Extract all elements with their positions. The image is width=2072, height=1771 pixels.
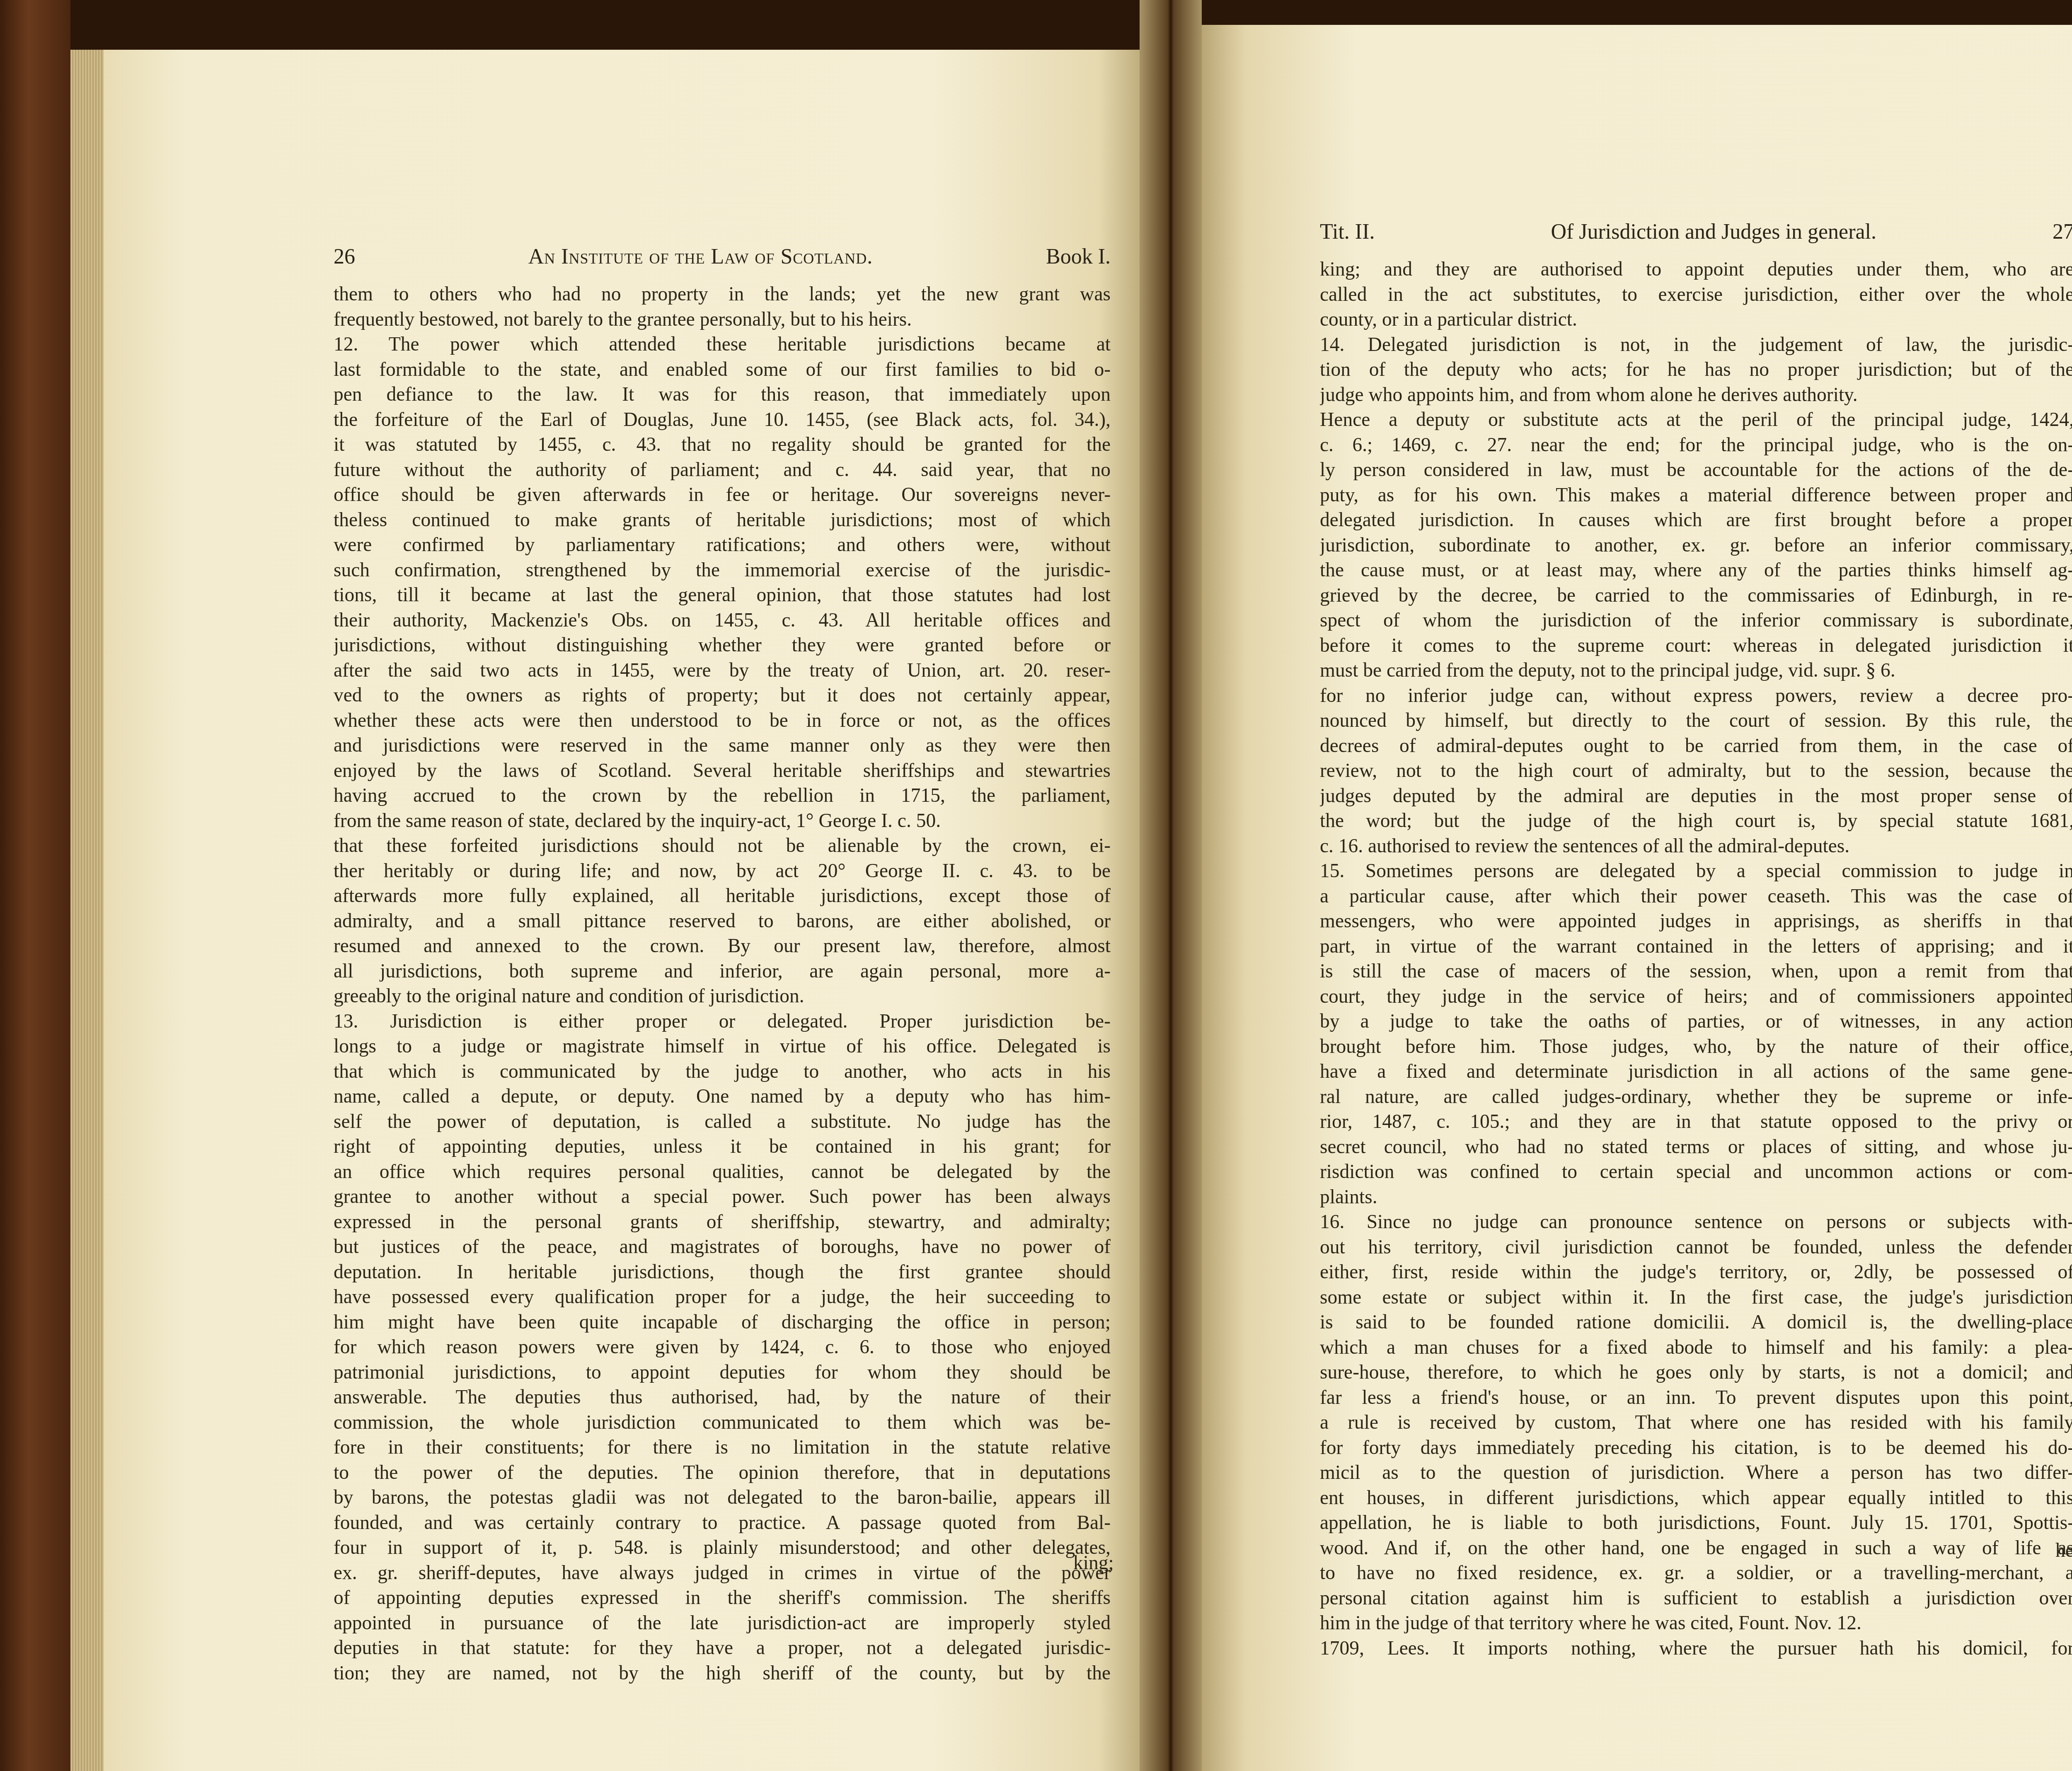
text-line: out his territory, civil jurisdiction ca… <box>1320 1235 2072 1260</box>
text-line: c. 6.; 1469, c. 27. near the end; for th… <box>1320 433 2072 458</box>
text-line: but justices of the peace, and magistrat… <box>334 1234 1111 1260</box>
text-line: some estate or subject within it. In the… <box>1320 1285 2072 1310</box>
text-line: to have no fixed residence, ex. gr. a so… <box>1320 1561 2072 1586</box>
text-line: ved to the owners as rights of property;… <box>334 683 1111 708</box>
text-line: deputies in that statute: for they have … <box>334 1636 1111 1661</box>
right-running-head: Tit. II. Of Jurisdiction and Judges in g… <box>1320 220 2072 244</box>
text-line: decrees of admiral-deputes ought to be c… <box>1320 733 2072 759</box>
text-line: have possessed every qualification prope… <box>334 1285 1111 1310</box>
text-line: last formidable to the state, and enable… <box>334 357 1111 382</box>
text-line: jurisdiction, subordinate to another, ex… <box>1320 533 2072 558</box>
text-line: risdiction was confined to certain speci… <box>1320 1159 2072 1185</box>
page-number: 26 <box>334 244 355 269</box>
text-line: to the power of the deputies. The opinio… <box>334 1460 1111 1486</box>
text-line: having accrued to the crown by the rebel… <box>334 783 1111 808</box>
text-line: expressed in the personal grants of sher… <box>334 1210 1111 1235</box>
running-title: An Institute of the Law of Scotland. <box>528 244 873 269</box>
text-line: nounced by himself, but directly to the … <box>1320 708 2072 733</box>
text-line: secret council, who had no stated terms … <box>1320 1135 2072 1160</box>
section-label: Tit. II. <box>1320 220 1375 244</box>
text-line: were confirmed by parliamentary ratifica… <box>334 532 1111 558</box>
page-number: 27 <box>2053 220 2072 244</box>
text-line: 12. The power which attended these herit… <box>334 332 1111 357</box>
text-line: puty, as for his own. This makes a mater… <box>1320 483 2072 508</box>
text-line: personal citation against him is suffici… <box>1320 1586 2072 1611</box>
text-line: ral nature, are called judges-ordinary, … <box>1320 1084 2072 1110</box>
text-line: is said to be founded ratione domicilii.… <box>1320 1310 2072 1335</box>
text-line: plaints. <box>1320 1185 2072 1210</box>
book-spread: 26 An Institute of the Law of Scotland. … <box>0 0 2072 1771</box>
text-line: wood. And if, on the other hand, one be … <box>1320 1536 2072 1561</box>
text-line: that which is communicated by the judge … <box>334 1059 1111 1084</box>
text-line: and jurisdictions were reserved in the s… <box>334 733 1111 758</box>
text-line: Hence a deputy or substitute acts at the… <box>1320 407 2072 433</box>
text-line: ex. gr. sheriff-deputes, have always jud… <box>334 1561 1111 1586</box>
text-line: tion; they are named, not by the high sh… <box>334 1661 1111 1686</box>
text-line: judge who appoints him, and from whom al… <box>1320 382 2072 408</box>
text-line: him might have been quite incapable of d… <box>334 1310 1111 1335</box>
text-line: judges deputed by the admiral are deputi… <box>1320 784 2072 809</box>
text-line: longs to a judge or magistrate himself i… <box>334 1034 1111 1059</box>
text-line: all jurisdictions, both supreme and infe… <box>334 959 1111 984</box>
text-line: resumed and annexed to the crown. By our… <box>334 934 1111 959</box>
running-title: Of Jurisdiction and Judges in general. <box>1551 220 1876 244</box>
text-line: sure-house, therefore, to which he goes … <box>1320 1360 2072 1385</box>
text-line: jurisdictions, without distinguishing wh… <box>334 633 1111 658</box>
text-line: spect of whom the jurisdiction of the in… <box>1320 608 2072 633</box>
text-line: by barons, the potestas gladii was not d… <box>334 1485 1111 1510</box>
text-line: 15. Sometimes persons are delegated by a… <box>1320 859 2072 884</box>
text-line: a rule is received by custom, That where… <box>1320 1410 2072 1435</box>
text-line: c. 16. authorised to review the sentence… <box>1320 834 2072 859</box>
text-line: for no inferior judge can, without expre… <box>1320 683 2072 709</box>
text-line: 14. Delegated jurisdiction is not, in th… <box>1320 332 2072 358</box>
text-line: delegated jurisdiction. In causes which … <box>1320 508 2072 533</box>
text-line: the word; but the judge of the high cour… <box>1320 808 2072 834</box>
text-line: him in the judge of that territory where… <box>1320 1611 2072 1636</box>
text-line: either, first, reside within the judge's… <box>1320 1260 2072 1285</box>
page-edges <box>70 50 104 1771</box>
text-line: them to others who had no property in th… <box>334 282 1111 307</box>
text-line: 13. Jurisdiction is either proper or del… <box>334 1009 1111 1034</box>
text-line: theless continued to make grants of heri… <box>334 508 1111 533</box>
text-line: grieved by the decree, be carried to the… <box>1320 583 2072 608</box>
left-page: 26 An Institute of the Law of Scotland. … <box>104 50 1140 1771</box>
text-line: messengers, who were appointed judges in… <box>1320 909 2072 934</box>
text-line: such confirmation, strengthened by the i… <box>334 558 1111 583</box>
text-line: before it comes to the supreme court: wh… <box>1320 633 2072 658</box>
text-line: by a judge to take the oaths of parties,… <box>1320 1009 2072 1034</box>
text-line: fore in their constituents; for there is… <box>334 1435 1111 1460</box>
text-line: appointed in pursuance of the late juris… <box>334 1611 1111 1636</box>
right-body-text: king; and they are authorised to appoint… <box>1320 257 2072 1661</box>
text-line: is still the case of macers of the sessi… <box>1320 959 2072 984</box>
catchword: king; <box>1073 1552 1114 1574</box>
text-line: founded, and was certainly contrary to p… <box>334 1510 1111 1536</box>
text-line: right of appointing deputies, unless it … <box>334 1134 1111 1159</box>
text-line: brought before him. Those judges, who, b… <box>1320 1034 2072 1060</box>
text-line: county, or in a particular district. <box>1320 307 2072 332</box>
text-line: an office which requires personal qualit… <box>334 1159 1111 1185</box>
text-line: after the said two acts in 1455, were by… <box>334 658 1111 683</box>
text-line: of appointing deputies expressed in the … <box>334 1585 1111 1611</box>
text-line: that these forfeited jurisdictions shoul… <box>334 833 1111 859</box>
text-line: far less a friend's house, or an inn. To… <box>1320 1385 2072 1411</box>
text-line: their authority, Mackenzie's Obs. on 145… <box>334 608 1111 633</box>
text-line: patrimonial jurisdictions, to appoint de… <box>334 1360 1111 1385</box>
text-line: for which reason powers were given by 14… <box>334 1335 1111 1360</box>
text-line: the cause must, or at least may, where a… <box>1320 558 2072 583</box>
text-line: whether these acts were then understood … <box>334 708 1111 733</box>
text-line: commission, the whole jurisdiction commu… <box>334 1410 1111 1435</box>
text-line: tions, till it became at last the genera… <box>334 583 1111 608</box>
text-line: called in the act substitutes, to exerci… <box>1320 282 2072 307</box>
text-line: self the power of deputation, is called … <box>334 1109 1111 1135</box>
left-running-head: 26 An Institute of the Law of Scotland. … <box>334 244 1111 269</box>
section-label: Book I. <box>1046 244 1111 269</box>
text-line: the forfeiture of the Earl of Douglas, J… <box>334 407 1111 433</box>
text-line: must be carried from the deputy, not to … <box>1320 658 2072 683</box>
text-line: which a man chuses for a fixed abode to … <box>1320 1335 2072 1360</box>
text-line: enjoyed by the laws of Scotland. Several… <box>334 758 1111 784</box>
text-line: four in support of it, p. 548. is plainl… <box>334 1535 1111 1561</box>
text-line: from the same reason of state, declared … <box>334 808 1111 834</box>
text-line: office should be given afterwards in fee… <box>334 482 1111 508</box>
text-line: frequently bestowed, not barely to the g… <box>334 307 1111 332</box>
text-line: ent houses, in different jurisdictions, … <box>1320 1486 2072 1511</box>
right-page: Tit. II. Of Jurisdiction and Judges in g… <box>1202 25 2072 1771</box>
catchword: he <box>2055 1539 2072 1562</box>
text-line: review, not to the high court of admiral… <box>1320 758 2072 784</box>
text-line: court, they judge in the service of heir… <box>1320 984 2072 1009</box>
left-body-text: them to others who had no property in th… <box>334 282 1111 1686</box>
text-line: king; and they are authorised to appoint… <box>1320 257 2072 282</box>
text-line: tion of the deputy who acts; for he has … <box>1320 357 2072 382</box>
text-line: 16. Since no judge can pronounce sentenc… <box>1320 1210 2072 1235</box>
text-line: name, called a depute, or deputy. One na… <box>334 1084 1111 1109</box>
text-line: greeably to the original nature and cond… <box>334 984 1111 1009</box>
text-line: for forty days immediately preceding his… <box>1320 1435 2072 1461</box>
text-line: a particular cause, after which their po… <box>1320 884 2072 909</box>
text-line: rior, 1487, c. 105.; and they are in tha… <box>1320 1109 2072 1135</box>
text-line: have a fixed and determinate jurisdictio… <box>1320 1059 2072 1084</box>
text-line: ly person considered in law, must be acc… <box>1320 457 2072 483</box>
text-line: deputation. In heritable jurisdictions, … <box>334 1260 1111 1285</box>
text-line: it was statuted by 1455, c. 43. that no … <box>334 432 1111 457</box>
gutter <box>1140 0 1202 1771</box>
text-line: appellation, he is liable to both jurisd… <box>1320 1510 2072 1536</box>
text-line: pen defiance to the law. It was for this… <box>334 382 1111 407</box>
book-binding <box>0 0 70 1771</box>
text-line: afterwards more fully explained, all her… <box>334 883 1111 909</box>
text-line: future without the authority of parliame… <box>334 457 1111 483</box>
text-line: admiralty, and a small pittance reserved… <box>334 909 1111 934</box>
text-line: part, in virtue of the warrant contained… <box>1320 934 2072 959</box>
text-line: 1709, Lees. It imports nothing, where th… <box>1320 1636 2072 1661</box>
text-line: answerable. The deputies thus authorised… <box>334 1385 1111 1410</box>
text-line: ther heritably or during life; and now, … <box>334 859 1111 884</box>
text-line: grantee to another without a special pow… <box>334 1184 1111 1210</box>
text-line: micil as to the question of jurisdiction… <box>1320 1460 2072 1486</box>
